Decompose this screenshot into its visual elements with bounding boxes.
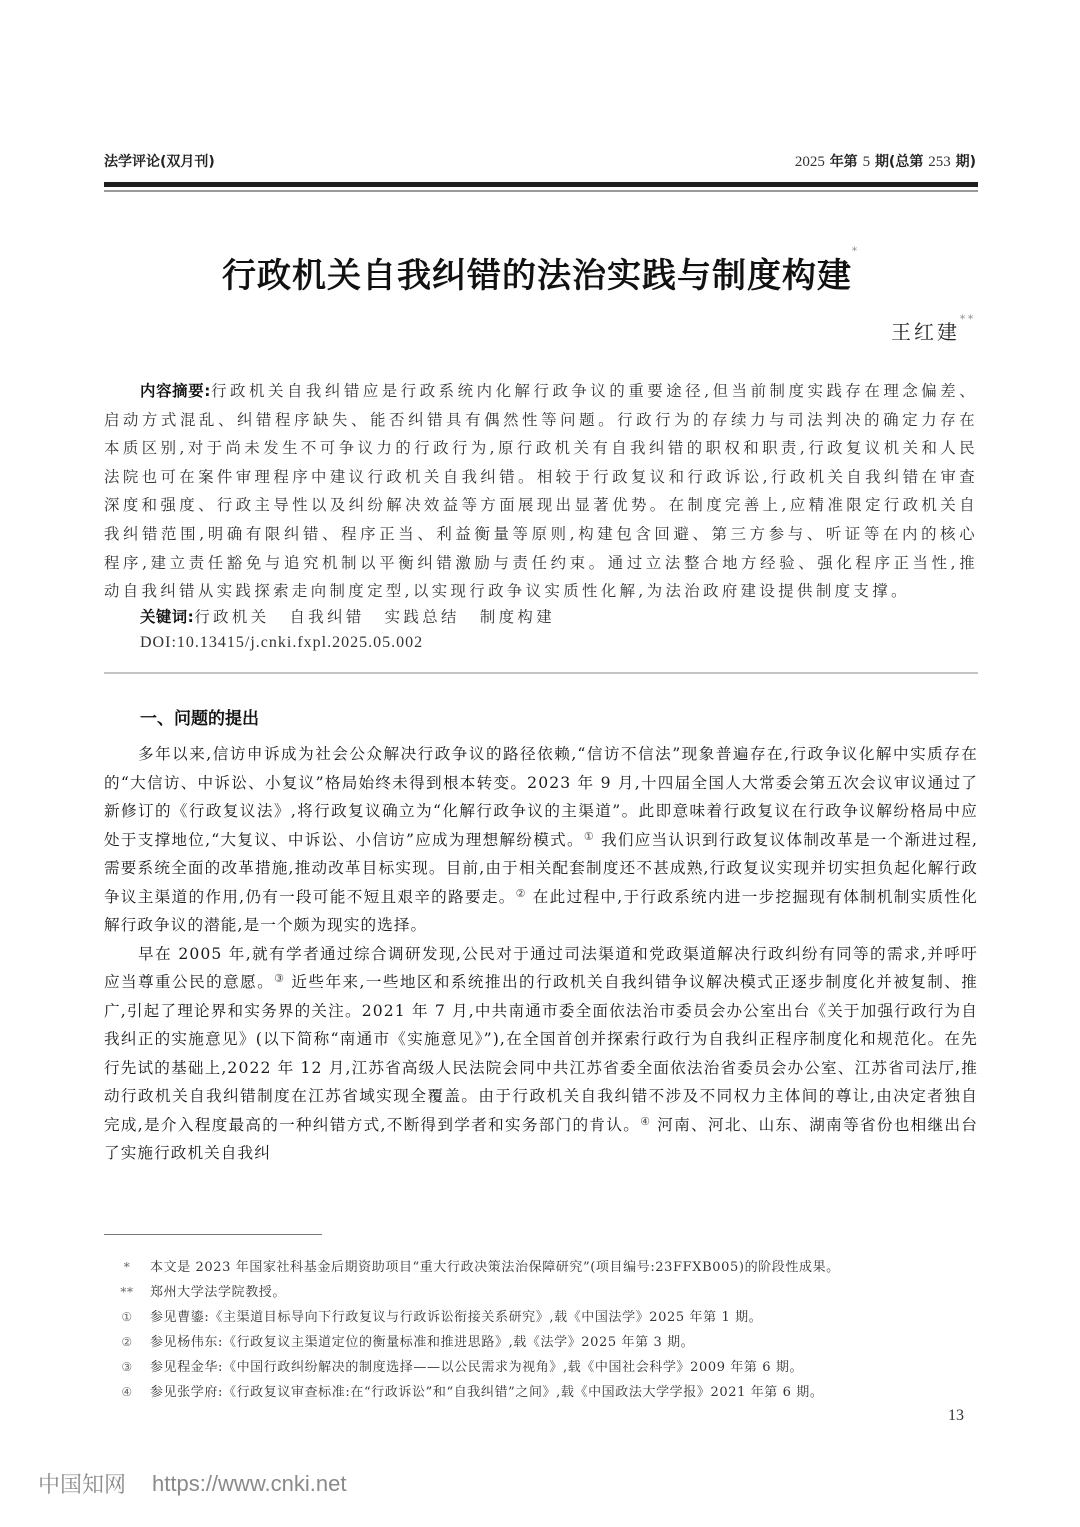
footnote-text: 参见程金华:《中国行政纠纷解决的制度选择——以公民需求为视角》,载《中国社会科学…: [150, 1356, 803, 1380]
footnote-mark: ①: [104, 1305, 150, 1329]
abstract: 内容摘要:行政机关自我纠错应是行政系统内化解行政争议的重要途径,但当前制度实践存…: [104, 377, 978, 606]
footnote: * 本文是 2023 年国家社科基金后期资助项目“重大行政决策法治保障研究”(项…: [104, 1255, 978, 1280]
title-footnote-mark[interactable]: *: [852, 246, 858, 257]
footnote-text: 参见杨伟东:《行政复议主渠道定位的衡量标准和推进思路》,载《法学》2025 年第…: [150, 1331, 694, 1355]
watermark-url[interactable]: https://www.cnki.net: [152, 1471, 346, 1497]
issue-year: 2025: [795, 154, 825, 170]
footnotes: * 本文是 2023 年国家社科基金后期资助项目“重大行政决策法治保障研究”(项…: [104, 1255, 978, 1405]
issue-total: 253: [928, 154, 951, 170]
author-footnote-mark[interactable]: **: [960, 314, 976, 325]
keyword: 实践总结: [385, 608, 460, 626]
footnote-text: 参见张学府:《行政复议审查标准:在“行政诉讼”和“自我纠错”之间》,载《中国政法…: [150, 1381, 823, 1405]
header-rule-thin: [104, 190, 978, 192]
footnote-text: 郑州大学法学院教授。: [150, 1281, 286, 1305]
body-text: 多年以来,信访申诉成为社会公众解决行政争议的路径依赖,“信访不信法”现象普遍存在…: [104, 740, 978, 1168]
footnote-text: 本文是 2023 年国家社科基金后期资助项目“重大行政决策法治保障研究”(项目编…: [150, 1256, 840, 1280]
keywords-label: 关键词:: [140, 608, 194, 626]
abstract-divider: [104, 672, 978, 674]
running-header: 法学评论(双月刊) 2025 年第 5 期(总第 253 期): [104, 150, 976, 172]
author-name: 王红建: [891, 320, 960, 344]
issue-number: 5: [863, 154, 871, 170]
footnote: ① 参见曹鎏:《主渠道目标导向下行政复议与行政诉讼衔接关系研究》,载《中国法学》…: [104, 1305, 978, 1330]
paragraph: 多年以来,信访申诉成为社会公众解决行政争议的路径依赖,“信访不信法”现象普遍存在…: [104, 740, 978, 940]
header-rule-thick: [104, 182, 978, 187]
issue-end: 期): [956, 154, 976, 170]
paragraph: 早在 2005 年,就有学者通过综合调研发现,公民对于通过司法渠道和党政渠道解决…: [104, 940, 978, 1168]
issue-year-suffix: 年第: [830, 154, 858, 170]
footnote: ③ 参见程金华:《中国行政纠纷解决的制度选择——以公民需求为视角》,载《中国社会…: [104, 1355, 978, 1380]
page-number: 13: [948, 1407, 964, 1425]
footnote-mark: ④: [104, 1380, 150, 1404]
watermark-brand: 中国知网: [38, 1468, 126, 1499]
issue-info: 2025 年第 5 期(总第 253 期): [795, 151, 976, 171]
footnote-ref[interactable]: ④: [640, 1115, 651, 1128]
footnote-ref[interactable]: ①: [584, 830, 595, 843]
article-title-text: 行政机关自我纠错的法治实践与制度构建: [222, 256, 852, 296]
footnote-mark: *: [104, 1255, 150, 1279]
keyword: 自我纠错: [290, 608, 365, 626]
footnote: ② 参见杨伟东:《行政复议主渠道定位的衡量标准和推进思路》,载《法学》2025 …: [104, 1330, 978, 1355]
footnote-ref[interactable]: ②: [516, 887, 527, 900]
footnote-mark: ③: [104, 1355, 150, 1379]
abstract-label: 内容摘要:: [140, 382, 211, 400]
keyword: 制度构建: [480, 608, 555, 626]
issue-mid: 期(总第: [875, 154, 923, 170]
footnote-mark: ②: [104, 1330, 150, 1354]
journal-name: 法学评论(双月刊): [104, 151, 215, 171]
journal-page: 法学评论(双月刊) 2025 年第 5 期(总第 253 期) 行政机关自我纠错…: [0, 0, 1080, 1527]
footnote-text: 参见曹鎏:《主渠道目标导向下行政复议与行政诉讼衔接关系研究》,载《中国法学》20…: [150, 1306, 762, 1330]
abstract-text: 行政机关自我纠错应是行政系统内化解行政争议的重要途径,但当前制度实践存在理念偏差…: [104, 382, 978, 600]
footnote-ref[interactable]: ③: [274, 972, 285, 985]
footnote-divider: [104, 1234, 322, 1235]
author: 王红建**: [891, 316, 976, 345]
footnote: ** 郑州大学法学院教授。: [104, 1280, 978, 1305]
section-heading: 一、问题的提出: [140, 704, 259, 729]
footnote: ④ 参见张学府:《行政复议审查标准:在“行政诉讼”和“自我纠错”之间》,载《中国…: [104, 1380, 978, 1405]
cnki-watermark: 中国知网 https://www.cnki.net: [38, 1468, 346, 1499]
footnote-mark: **: [104, 1280, 150, 1304]
doi[interactable]: DOI:10.13415/j.cnki.fxpl.2025.05.002: [140, 634, 423, 652]
keyword: 行政机关: [194, 608, 269, 626]
article-title: 行政机关自我纠错的法治实践与制度构建*: [0, 248, 1080, 297]
paragraph-text: 近些年来,一些地区和系统推出的行政机关自我纠错争议解决模式正逐步制度化并被复制、…: [104, 973, 978, 1134]
keywords: 关键词:行政机关自我纠错实践总结制度构建: [140, 605, 575, 627]
